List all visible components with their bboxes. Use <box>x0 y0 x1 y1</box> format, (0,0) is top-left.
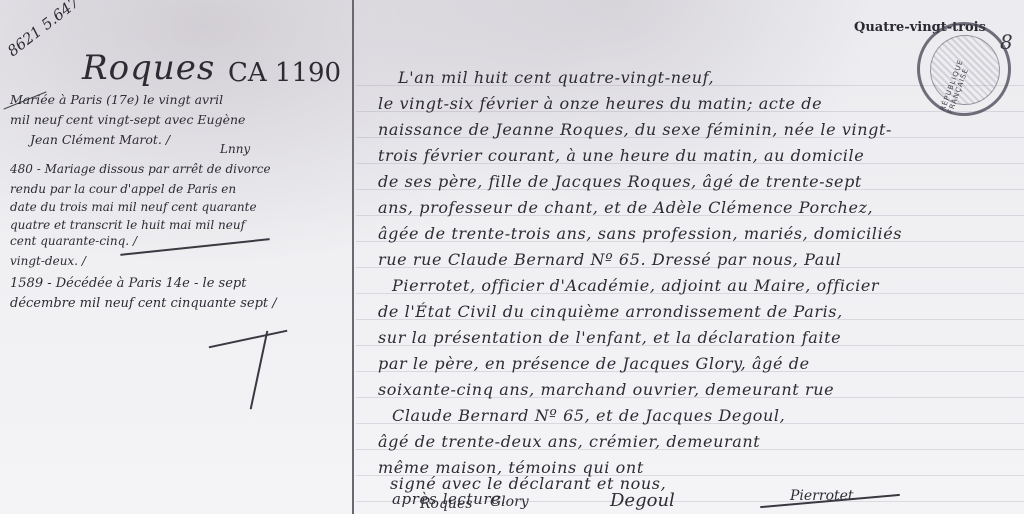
signature-glory: Glory <box>490 494 529 510</box>
folio-number: 8 <box>1000 30 1013 54</box>
signature-degoul: Degoul <box>610 490 675 511</box>
death-signature-icon <box>209 330 288 348</box>
body-line: soixante-cinq ans, marchand ouvrier, dem… <box>378 380 834 399</box>
body-line: rue rue Claude Bernard Nº 65. Dressé par… <box>378 250 842 269</box>
divorce-signature-icon <box>120 238 269 255</box>
reference-number: 8621 5.647 <box>4 0 83 60</box>
code-annotation: CA 1190 <box>228 58 341 88</box>
signature-roques: Roques <box>420 496 472 512</box>
body-line: Claude Bernard Nº 65, et de Jacques Dego… <box>392 406 785 425</box>
surname-heading: Roques <box>82 48 215 88</box>
divorce-note-line: quatre et transcrit le huit mai mil neuf <box>10 218 245 232</box>
death-signature-stroke-icon <box>250 331 268 410</box>
body-line: naissance de Jeanne Roques, du sexe fémi… <box>378 120 892 139</box>
body-line: Pierrotet, officier d'Académie, adjoint … <box>392 276 879 295</box>
body-line: âgée de trente-trois ans, sans professio… <box>378 224 902 243</box>
divorce-note-line: cent quarante-cinq. / <box>10 234 137 248</box>
document-page: 8621 5.647 Roques CA 1190 Mariée à Paris… <box>0 0 1024 514</box>
marriage-note-line: Jean Clément Marot. / <box>30 132 170 147</box>
civil-registry-stamp-icon: RÉPUBLIQUE FRANÇAISE <box>917 22 1011 116</box>
margin-divider <box>352 0 354 514</box>
divorce-note-line: 480 - Mariage dissous par arrêt de divor… <box>10 162 271 176</box>
body-line: de l'État Civil du cinquième arrondissem… <box>378 302 843 321</box>
divorce-trailing: vingt-deux. / <box>10 254 86 268</box>
death-note-line: 1589 - Décédée à Paris 14e - le sept <box>10 276 246 291</box>
marriage-note-line: mil neuf cent vingt-sept avec Eugène <box>10 112 245 127</box>
body-line: le vingt-six février à onze heures du ma… <box>378 94 822 113</box>
body-line: de ses père, fille de Jacques Roques, âg… <box>378 172 862 191</box>
body-line: par le père, en présence de Jacques Glor… <box>378 354 810 373</box>
death-note-line: décembre mil neuf cent cinquante sept / <box>10 296 277 311</box>
divorce-note-line: rendu par la cour d'appel de Paris en <box>10 182 236 196</box>
divorce-note-line: date du trois mai mil neuf cent quarante <box>10 200 257 214</box>
body-line: L'an mil huit cent quatre-vingt-neuf, <box>398 68 714 87</box>
body-line: ans, professeur de chant, et de Adèle Cl… <box>378 198 873 217</box>
body-line: âgé de trente-deux ans, crémier, demeura… <box>378 432 760 451</box>
body-line: trois février courant, à une heure du ma… <box>378 146 864 165</box>
body-line: sur la présentation de l'enfant, et la d… <box>378 328 841 347</box>
marriage-note-line: Mariée à Paris (17e) le vingt avril <box>10 92 223 107</box>
marriage-initials: Lnny <box>220 142 250 156</box>
